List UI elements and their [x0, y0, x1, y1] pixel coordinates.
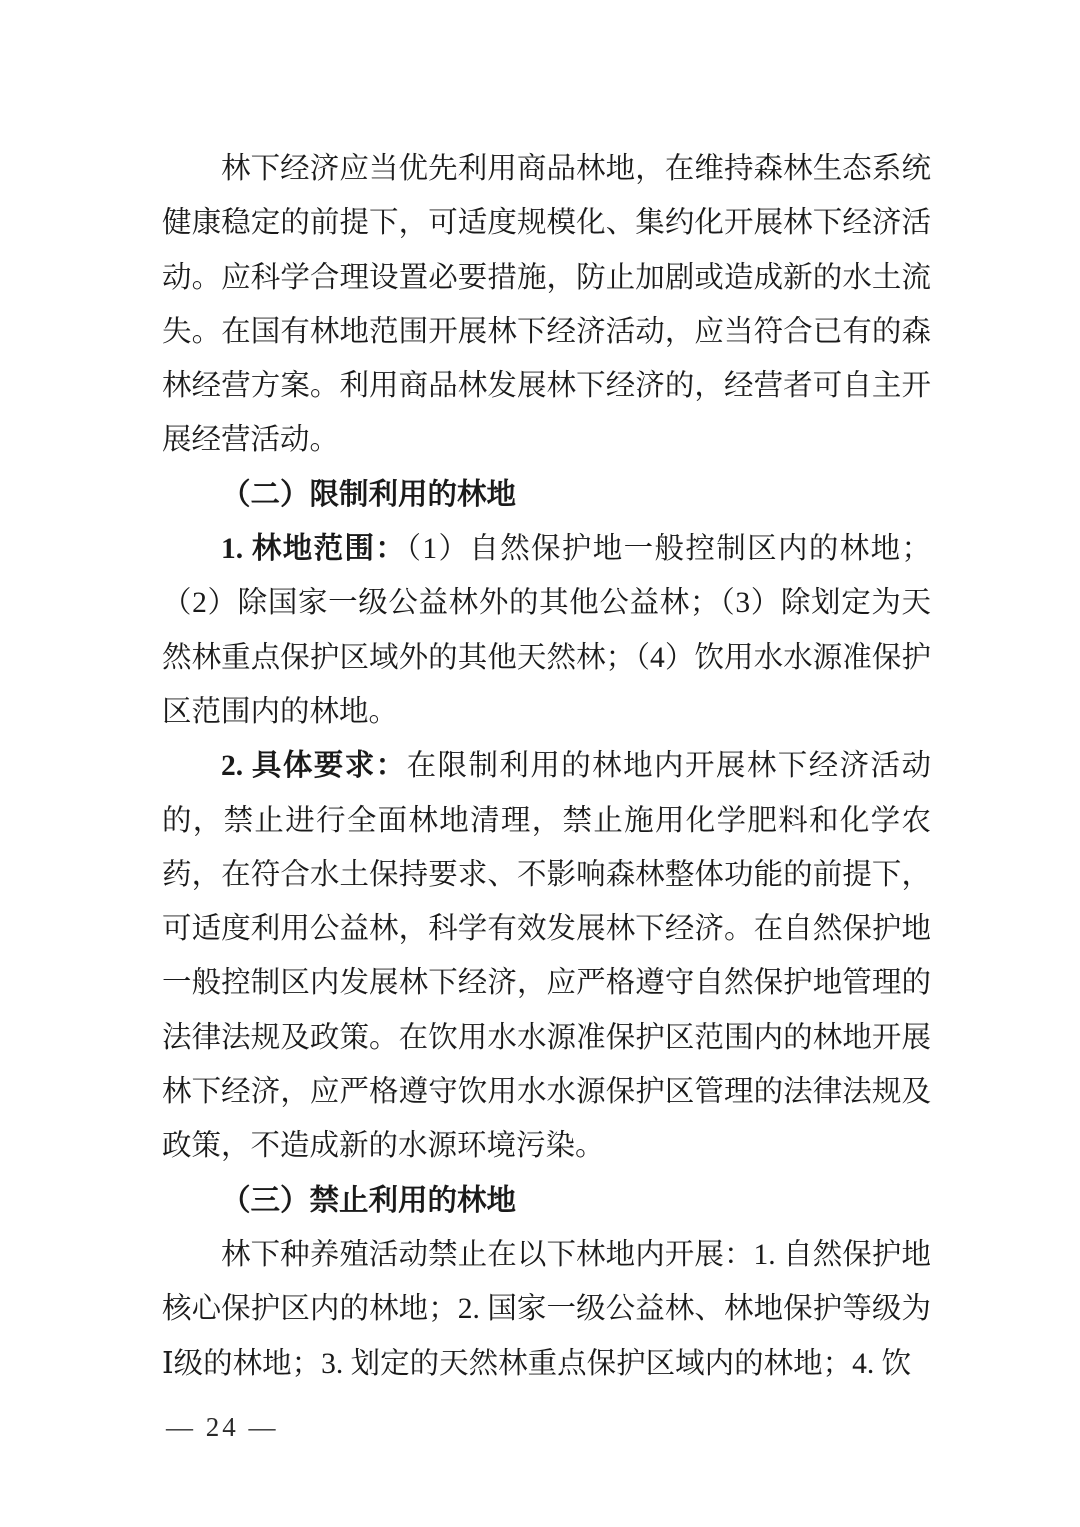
page-footer: — 24 —: [166, 1412, 279, 1443]
text-segment: 林下经济应当优先利用商品林地，在维持森林生态系统健康稳定的前提下，可适度规模化、…: [162, 153, 931, 456]
heading-restricted-forest-land: （二）限制利用的林地: [162, 468, 931, 522]
document-body: 林下经济应当优先利用商品林地，在维持森林生态系统健康稳定的前提下，可适度规模化、…: [162, 142, 931, 1391]
bold-text-segment: （三）禁止利用的林地: [221, 1185, 516, 1217]
document-page: 林下经济应当优先利用商品林地，在维持森林生态系统健康稳定的前提下，可适度规模化、…: [0, 0, 1080, 1527]
paragraph-commercial-forest-use: 林下经济应当优先利用商品林地，在维持森林生态系统健康稳定的前提下，可适度规模化、…: [162, 142, 931, 468]
page-number: — 24 —: [166, 1412, 279, 1442]
paragraph-restricted-scope: 1. 林地范围：（1）自然保护地一般控制区内的林地；（2）除国家一级公益林外的其…: [162, 522, 931, 739]
paragraph-restricted-requirements: 2. 具体要求：在限制利用的林地内开展林下经济活动的，禁止进行全面林地清理，禁止…: [162, 739, 931, 1173]
text-segment: 在限制利用的林地内开展林下经济活动的，禁止进行全面林地清理，禁止施用化学肥料和化…: [162, 750, 931, 1162]
bold-text-segment: （二）限制利用的林地: [221, 479, 516, 511]
bold-text-segment: 2. 具体要求：: [221, 750, 407, 782]
heading-prohibited-forest-land: （三）禁止利用的林地: [162, 1174, 931, 1228]
bold-text-segment: 1. 林地范围：: [221, 533, 406, 565]
text-segment: 林下种养殖活动禁止在以下林地内开展：1. 自然保护地核心保护区内的林地；2. 国…: [162, 1239, 931, 1380]
paragraph-prohibited-scope: 林下种养殖活动禁止在以下林地内开展：1. 自然保护地核心保护区内的林地；2. 国…: [162, 1228, 931, 1391]
